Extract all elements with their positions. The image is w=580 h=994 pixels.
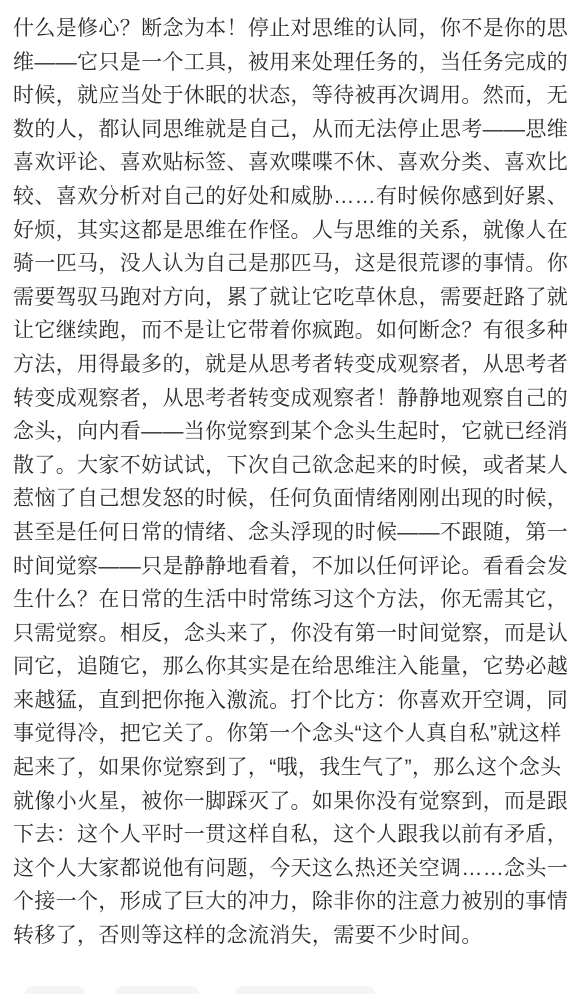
- bottom-tag-row: [0, 984, 580, 994]
- text-line: 骑一匹马，没人认为自己是那匹马，这是很荒谬的事情。你: [13, 247, 567, 281]
- text-line: 个接一个，形成了巨大的冲力，除非你的注意力被别的事情: [13, 885, 567, 919]
- text-line: 念头，向内看——当你觉察到某个念头生起时，它就已经消: [13, 415, 567, 449]
- article-body: 什么是修心？断念为本！停止对思维的认同，你不是你的思维——它只是一个工具，被用来…: [13, 12, 567, 953]
- tag-chip[interactable]: [235, 986, 375, 994]
- text-line: 转变成观察者，从思考者转变成观察者！静静地观察自己的: [13, 382, 567, 416]
- text-line: 方法，用得最多的，就是从思考者转变成观察者，从思考者: [13, 348, 567, 382]
- text-line: 什么是修心？断念为本！停止对思维的认同，你不是你的思: [13, 12, 567, 46]
- text-line: 数的人，都认同思维就是自己，从而无法停止思考——思维: [13, 113, 567, 147]
- text-line: 转移了，否则等这样的念流消失，需要不少时间。: [13, 919, 567, 953]
- text-line: 来越猛，直到把你拖入激流。打个比方：你喜欢开空调，同: [13, 684, 567, 718]
- text-line: 事觉得冷，把它关了。你第一个念头“这个人真自私”就这样: [13, 717, 567, 751]
- text-line: 时间觉察——只是静静地看着，不加以任何评论。看看会发: [13, 550, 567, 584]
- text-line: 同它，追随它，那么你其实是在给思维注入能量，它势必越: [13, 650, 567, 684]
- text-line: 生什么？在日常的生活中时常练习这个方法，你无需其它，: [13, 583, 567, 617]
- tag-chip[interactable]: [115, 986, 199, 994]
- text-line: 较、喜欢分析对自己的好处和威胁……有时候你感到好累、: [13, 180, 567, 214]
- text-line: 时候，就应当处于休眠的状态，等待被再次调用。然而，无: [13, 79, 567, 113]
- text-line: 喜欢评论、喜欢贴标签、喜欢喋喋不休、喜欢分类、喜欢比: [13, 146, 567, 180]
- text-line: 这个人大家都说他有问题，今天这么热还关空调……念头一: [13, 852, 567, 886]
- text-line: 维——它只是一个工具，被用来处理任务的，当任务完成的: [13, 46, 567, 80]
- text-line: 只需觉察。相反，念头来了，你没有第一时间觉察，而是认: [13, 617, 567, 651]
- document-page: 什么是修心？断念为本！停止对思维的认同，你不是你的思维——它只是一个工具，被用来…: [0, 0, 580, 994]
- text-line: 让它继续跑，而不是让它带着你疯跑。如何断念？有很多种: [13, 314, 567, 348]
- text-line: 甚至是任何日常的情绪、念头浮现的时候——不跟随，第一: [13, 516, 567, 550]
- text-line: 起来了，如果你觉察到了，“哦，我生气了”，那么这个念头: [13, 751, 567, 785]
- text-line: 就像小火星，被你一脚踩灭了。如果你没有觉察到，而是跟: [13, 785, 567, 819]
- tag-chip[interactable]: [25, 986, 85, 994]
- text-line: 需要驾驭马跑对方向，累了就让它吃草休息，需要赶路了就: [13, 281, 567, 315]
- text-line: 散了。大家不妨试试，下次自己欲念起来的时候，或者某人: [13, 449, 567, 483]
- text-line: 下去：这个人平时一贯这样自私，这个人跟我以前有矛盾，: [13, 818, 567, 852]
- text-line: 惹恼了自己想发怒的时候，任何负面情绪刚刚出现的时候，: [13, 482, 567, 516]
- text-line: 好烦，其实这都是思维在作怪。人与思维的关系，就像人在: [13, 214, 567, 248]
